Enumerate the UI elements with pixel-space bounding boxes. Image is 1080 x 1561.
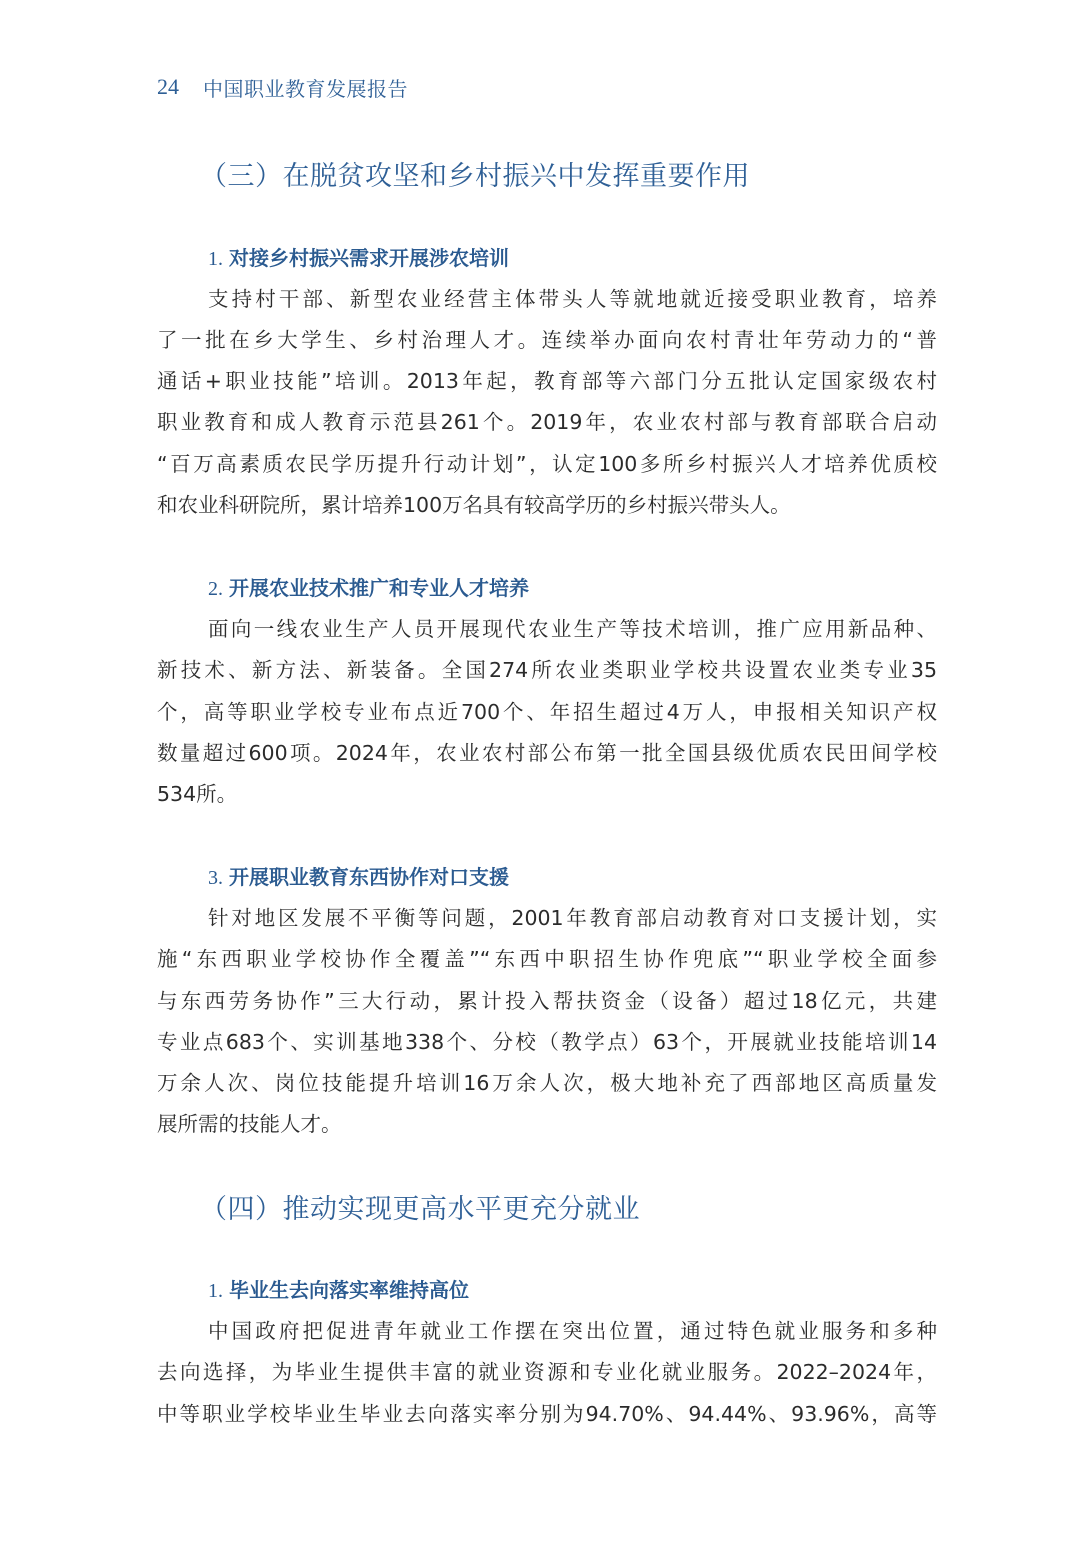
paragraph-line: 面向一线农业生产人员开展现代农业生产等技术培训，推广应用新品种、 bbox=[208, 614, 937, 644]
paragraph-line: 去向选择，为毕业生提供丰富的就业资源和专业化就业服务。2022–2024年， bbox=[157, 1357, 937, 1387]
subsection-title: 开展农业技术推广和专业人才培养 bbox=[229, 576, 529, 600]
subsection-number: 3. bbox=[208, 867, 223, 889]
section-heading-4: （四）推动实现更高水平更充分就业 bbox=[200, 1190, 640, 1230]
running-header: 24 中国职业教育发展报告 bbox=[157, 72, 408, 102]
paragraph-line: 数量超过600项。2024年，农业农村部公布第一批全国县级优质农民田间学校 bbox=[157, 738, 937, 768]
paragraph-line: 施“东西职业学校协作全覆盖”“东西中职招生协作兜底”“职业学校全面参 bbox=[157, 944, 937, 974]
subsection-heading: 2.开展农业技术推广和专业人才培养 bbox=[208, 573, 529, 604]
subsection-number: 2. bbox=[208, 578, 223, 600]
subsection-title: 对接乡村振兴需求开展涉农培训 bbox=[229, 246, 509, 270]
paragraph-line: 个，高等职业学校专业布点近700个、年招生超过4万人，申报相关知识产权 bbox=[157, 697, 937, 727]
paragraph-line: 专业点683个、实训基地338个、分校（教学点）63个，开展就业技能培训14 bbox=[157, 1027, 937, 1057]
section-heading-3: （三）在脱贫攻坚和乡村振兴中发挥重要作用 bbox=[200, 157, 750, 197]
page-number: 24 bbox=[157, 74, 179, 100]
subsection-heading: 1.毕业生去向落实率维持高位 bbox=[208, 1275, 469, 1306]
paragraph-line: 534所。 bbox=[157, 779, 937, 809]
subsection-number: 1. bbox=[208, 1280, 223, 1302]
paragraph-line: 职业教育和成人教育示范县261个。2019年，农业农村部与教育部联合启动 bbox=[157, 407, 937, 437]
paragraph-line: 万余人次、岗位技能提升培训16万余人次，极大地补充了西部地区高质量发 bbox=[157, 1068, 937, 1098]
paragraph-line: 了一批在乡大学生、乡村治理人才。连续举办面向农村青壮年劳动力的“普 bbox=[157, 325, 937, 355]
book-title: 中国职业教育发展报告 bbox=[203, 73, 408, 102]
paragraph-line: 中国政府把促进青年就业工作摆在突出位置，通过特色就业服务和多种 bbox=[208, 1316, 937, 1346]
paragraph-line: “百万高素质农民学历提升行动计划”，认定100多所乡村振兴人才培养优质校 bbox=[157, 449, 937, 479]
paragraph-line: 通话+职业技能”培训。2013年起，教育部等六部门分五批认定国家级农村 bbox=[157, 366, 937, 396]
subsection-number: 1. bbox=[208, 248, 223, 270]
paragraph-line: 支持村干部、新型农业经营主体带头人等就地就近接受职业教育，培养 bbox=[208, 284, 937, 314]
paragraph-line: 和农业科研院所，累计培养100万名具有较高学历的乡村振兴带头人。 bbox=[157, 490, 937, 520]
subsection-heading: 1.对接乡村振兴需求开展涉农培训 bbox=[208, 243, 509, 274]
paragraph-line: 针对地区发展不平衡等问题，2001年教育部启动教育对口支援计划，实 bbox=[208, 903, 937, 933]
paragraph-line: 展所需的技能人才。 bbox=[157, 1109, 937, 1139]
subsection-title: 毕业生去向落实率维持高位 bbox=[229, 1278, 469, 1302]
subsection-heading: 3.开展职业教育东西协作对口支援 bbox=[208, 862, 509, 893]
paragraph-line: 中等职业学校毕业生毕业去向落实率分别为94.70%、94.44%、93.96%，… bbox=[157, 1399, 937, 1429]
paragraph-line: 与东西劳务协作”三大行动，累计投入帮扶资金（设备）超过18亿元，共建 bbox=[157, 986, 937, 1016]
subsection-title: 开展职业教育东西协作对口支援 bbox=[229, 865, 509, 889]
paragraph-line: 新技术、新方法、新装备。全国274所农业类职业学校共设置农业类专业35 bbox=[157, 655, 937, 685]
